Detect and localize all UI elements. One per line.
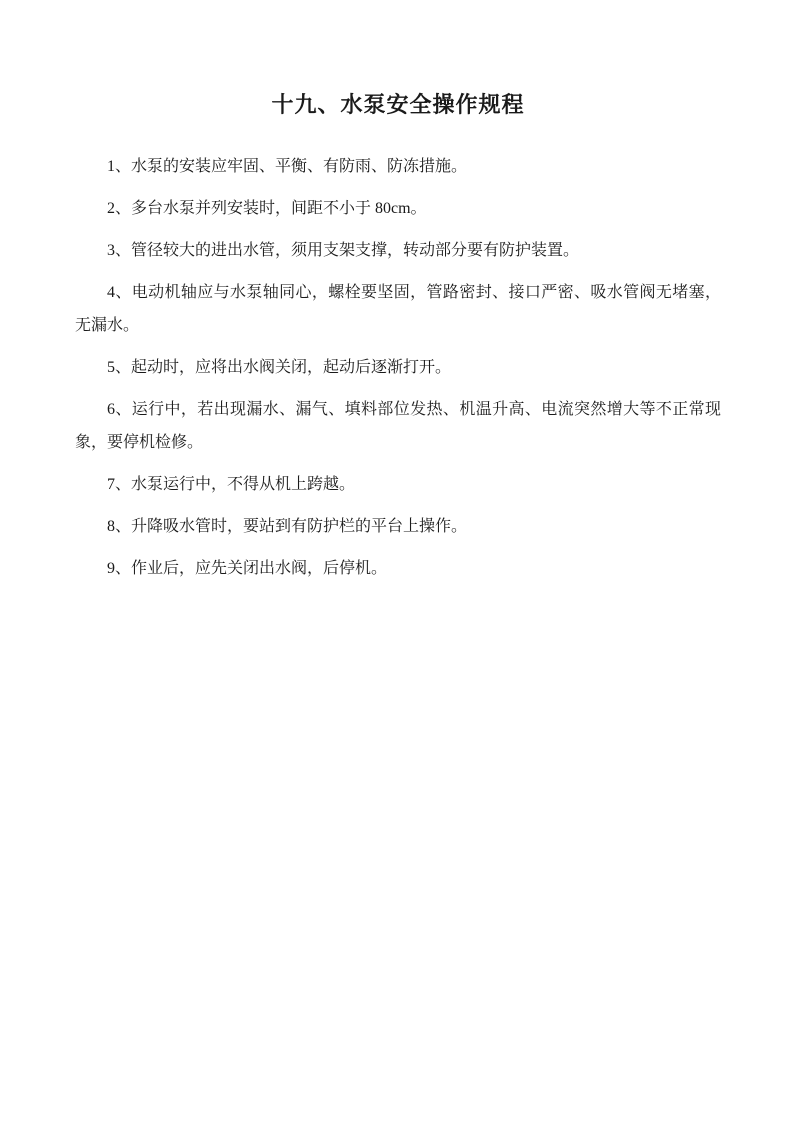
document-title: 十九、水泵安全操作规程 (75, 90, 721, 120)
regulation-item: 2、多台水泵并列安装时，间距不小于 80cm。 (75, 192, 721, 225)
regulation-item: 6、运行中，若出现漏水、漏气、填料部位发热、机温升高、电流突然增大等不正常现象，… (75, 393, 721, 459)
regulation-item: 8、升降吸水管时，要站到有防护栏的平台上操作。 (75, 510, 721, 543)
document-body: 1、水泵的安装应牢固、平衡、有防雨、防冻措施。2、多台水泵并列安装时，间距不小于… (75, 150, 721, 585)
document-page: 十九、水泵安全操作规程 1、水泵的安装应牢固、平衡、有防雨、防冻措施。2、多台水… (0, 0, 793, 1122)
regulation-item: 4、电动机轴应与水泵轴同心，螺栓要坚固，管路密封、接口严密、吸水管阀无堵塞，无漏… (75, 276, 721, 342)
regulation-item: 3、管径较大的进出水管，须用支架支撑，转动部分要有防护装置。 (75, 234, 721, 267)
regulation-item: 9、作业后，应先关闭出水阀，后停机。 (75, 552, 721, 585)
regulation-item: 5、起动时，应将出水阀关闭，起动后逐渐打开。 (75, 351, 721, 384)
regulation-item: 1、水泵的安装应牢固、平衡、有防雨、防冻措施。 (75, 150, 721, 183)
regulation-item: 7、水泵运行中，不得从机上跨越。 (75, 468, 721, 501)
